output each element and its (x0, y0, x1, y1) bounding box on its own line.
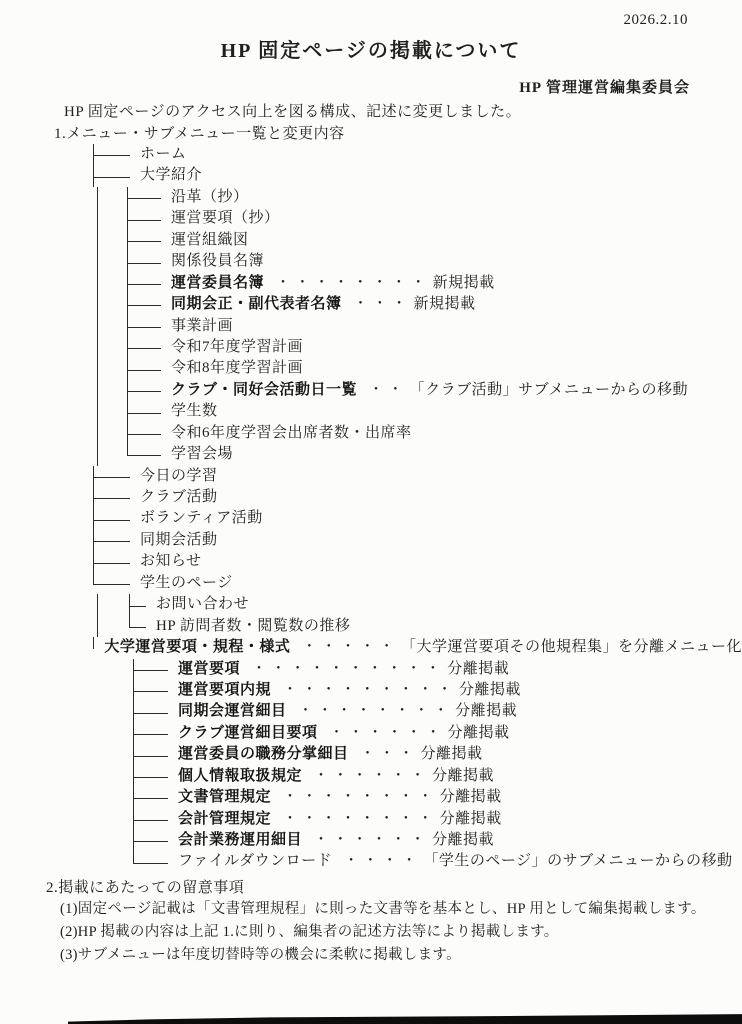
tree-guide-line (97, 294, 127, 315)
tree-item-label: クラブ運営細目要項 (173, 723, 318, 744)
leader-dots: ・・・ (342, 294, 412, 315)
tree-connector (129, 616, 151, 637)
leader-dots: ・・・・・・・・・ (271, 680, 457, 701)
tree-item: 運営組織図 (0, 230, 742, 251)
tree-connector (133, 680, 173, 701)
page-title: HP 固定ページの掲載について (0, 34, 742, 63)
tree-item-label: 運営要項内規 (173, 680, 271, 701)
menu-tree: ホーム大学紹介沿革（抄）運営要項（抄）運営組織図関係役員名簿運営委員名簿・・・・… (0, 144, 742, 873)
tree-guide-line (97, 316, 127, 337)
tree-connector (133, 766, 173, 787)
tree-item-label: 学生のページ (135, 573, 233, 594)
tree-item: HP 訪問者数・閲覧数の推移 (0, 616, 742, 637)
tree-item-label: 運営委員名簿 (166, 273, 264, 294)
tree-item-label: 大学紹介 (135, 165, 202, 186)
tree-item-note: 分離掲載 (438, 809, 502, 830)
note-line: (2)HP 掲載の内容は上記 1.に則り、編集者の記述方法等により掲載します。 (60, 921, 706, 944)
tree-item: クラブ活動 (0, 487, 742, 508)
tree-item: ボランティア活動 (0, 508, 742, 529)
tree-guide-line (97, 594, 129, 615)
tree-item-label: 個人情報取扱規定 (173, 766, 302, 787)
tree-item-label: お問い合わせ (151, 594, 249, 615)
tree-guide-line (97, 273, 127, 294)
tree-item-label: ホーム (135, 144, 187, 165)
tree-item-label: 令和7年度学習計画 (166, 337, 303, 358)
tree-guide-line (97, 380, 127, 401)
tree-connector (93, 508, 135, 529)
leader-dots: ・・・・・ (290, 637, 399, 658)
tree-connector (93, 573, 135, 594)
leader-dots: ・・・・・・・・ (271, 787, 438, 808)
tree-guide-line (97, 358, 127, 379)
tree-connector (133, 701, 173, 722)
tree-connector (93, 487, 135, 508)
tree-connector (93, 551, 135, 572)
tree-item-note: 分離掲載 (438, 787, 502, 808)
tree-item: 会計業務運用細目・・・・・・分離掲載 (0, 830, 742, 851)
tree-guide-line (97, 337, 127, 358)
intro-text: HP 固定ページのアクセス向上を図る構成、記述に変更しました。 (64, 100, 521, 121)
tree-item-label: 運営委員の職務分掌細目 (173, 744, 349, 765)
tree-item: 同期会運営細目・・・・・・・・分離掲載 (0, 701, 742, 722)
tree-item-label: 会計管理規定 (173, 809, 271, 830)
document-date: 2026.2.10 (624, 12, 689, 29)
tree-item: 関係役員名簿 (0, 251, 742, 272)
leader-dots: ・・・・・・ (302, 766, 430, 787)
leader-dots: ・・・・ (332, 851, 421, 872)
leader-dots: ・・・ (349, 744, 419, 765)
tree-item-label: HP 訪問者数・閲覧数の推移 (151, 616, 350, 637)
tree-guide-line (97, 423, 127, 444)
tree-connector (133, 830, 173, 851)
tree-item-label: 令和6年度学習会出席者数・出席率 (166, 423, 412, 444)
tree-connector (133, 851, 173, 872)
tree-connector (127, 294, 166, 315)
leader-dots: ・・・・・・・・ (264, 273, 431, 294)
tree-connector (127, 401, 166, 422)
tree-connector (133, 659, 173, 680)
tree-item-label: ファイルダウンロード (173, 851, 332, 872)
tree-item-label: クラブ・同好会活動日一覧 (166, 380, 357, 401)
section1-heading: 1.メニュー・サブメニュー一覧と変更内容 (54, 122, 345, 143)
tree-guide-line (97, 251, 127, 272)
tree-item-label: 会計業務運用細目 (173, 830, 302, 851)
tree-item: 運営要項内規・・・・・・・・・分離掲載 (0, 680, 742, 701)
leader-dots: ・・・・・・・・ (287, 701, 454, 722)
tree-guide-line (97, 187, 127, 208)
tree-connector (93, 144, 135, 165)
scanned-document-page: 2026.2.10 HP 固定ページの掲載について HP 管理運営編集委員会 H… (0, 0, 742, 1024)
tree-item-note: 新規掲載 (411, 294, 475, 315)
tree-item-label: 令和8年度学習計画 (166, 358, 303, 379)
tree-connector (93, 466, 135, 487)
tree-connector (133, 723, 173, 744)
tree-item-label: 文書管理規定 (173, 787, 271, 808)
tree-guide-line (97, 616, 129, 637)
tree-item-note: 分離掲載 (418, 744, 482, 765)
tree-item: 会計管理規定・・・・・・・・分離掲載 (0, 809, 742, 830)
section2-heading: 2.掲載にあたっての留意事項 (46, 876, 244, 897)
tree-item: 令和7年度学習計画 (0, 337, 742, 358)
tree-connector (127, 423, 166, 444)
tree-item-note: 新規掲載 (431, 273, 495, 294)
leader-dots: ・・・・・・・・・・ (240, 659, 445, 680)
tree-connector (93, 530, 135, 551)
tree-item-label: 運営要項（抄） (166, 208, 280, 229)
tree-item-label: 学生数 (166, 401, 218, 422)
tree-item: 個人情報取扱規定・・・・・・分離掲載 (0, 766, 742, 787)
tree-item-label: お知らせ (135, 551, 202, 572)
tree-connector (133, 744, 173, 765)
tree-item-label: 今日の学習 (135, 466, 218, 487)
tree-item-note: 分離掲載 (445, 723, 509, 744)
tree-item-label: 同期会正・副代表者名簿 (166, 294, 342, 315)
tree-item-label: 同期会運営細目 (173, 701, 287, 722)
tree-item-note: 「学生のページ」のサブメニューからの移動 (421, 851, 732, 872)
tree-item-note: 「大学運営要項その他規程集」を分離メニュー化 (399, 637, 742, 658)
tree-connector (93, 637, 99, 658)
tree-item-label: 事業計画 (166, 316, 233, 337)
tree-item: 運営要項（抄） (0, 208, 742, 229)
tree-connector (127, 358, 166, 379)
tree-item-label: 関係役員名簿 (166, 251, 264, 272)
tree-guide-line (97, 208, 127, 229)
tree-item: 学習会場 (0, 444, 742, 465)
tree-item-label: 同期会活動 (135, 530, 218, 551)
leader-dots: ・・・・・・ (318, 723, 446, 744)
tree-connector (127, 187, 166, 208)
note-line: (3)サブメニューは年度切替時等の機会に柔軟に掲載します。 (60, 944, 706, 967)
tree-item: 令和6年度学習会出席者数・出席率 (0, 423, 742, 444)
tree-item-label: 運営組織図 (166, 230, 249, 251)
scanner-edge-artifact (68, 1013, 742, 1024)
tree-item-label: 運営要項 (173, 659, 240, 680)
tree-item: お問い合わせ (0, 594, 742, 615)
tree-connector (127, 380, 166, 401)
tree-item-note: 分離掲載 (430, 830, 494, 851)
tree-item-note: 分離掲載 (457, 680, 521, 701)
tree-item: 文書管理規定・・・・・・・・分離掲載 (0, 787, 742, 808)
tree-item-note: 分離掲載 (430, 766, 494, 787)
tree-item: 大学運営要項・規程・様式・・・・・「大学運営要項その他規程集」を分離メニュー化 (0, 637, 742, 658)
tree-connector (127, 316, 166, 337)
tree-item-label: クラブ活動 (135, 487, 218, 508)
tree-connector (133, 787, 173, 808)
tree-item: 運営委員の職務分掌細目・・・分離掲載 (0, 744, 742, 765)
author-committee: HP 管理運営編集委員会 (519, 76, 690, 97)
tree-item: お知らせ (0, 551, 742, 572)
section2-notes: (1)固定ページ記載は「文書管理規程」に則った文書等を基本とし、HP 用として編… (60, 898, 706, 968)
tree-item: 令和8年度学習計画 (0, 358, 742, 379)
tree-item: クラブ運営細目要項・・・・・・分離掲載 (0, 723, 742, 744)
tree-item: ホーム (0, 144, 742, 165)
tree-item: 事業計画 (0, 316, 742, 337)
tree-connector (127, 251, 166, 272)
tree-item-label: 沿革（抄） (166, 187, 249, 208)
tree-connector (127, 230, 166, 251)
tree-item-note: 分離掲載 (453, 701, 517, 722)
tree-item: ファイルダウンロード・・・・「学生のページ」のサブメニューからの移動 (0, 851, 742, 872)
tree-item-note: 「クラブ活動」サブメニューからの移動 (408, 380, 688, 401)
tree-item: 大学紹介 (0, 165, 742, 186)
note-line: (1)固定ページ記載は「文書管理規程」に則った文書等を基本とし、HP 用として編… (60, 898, 706, 921)
tree-connector (127, 208, 166, 229)
leader-dots: ・・・・・・ (302, 830, 430, 851)
leader-dots: ・・ (357, 380, 408, 401)
tree-item: 同期会正・副代表者名簿・・・新規掲載 (0, 294, 742, 315)
tree-guide-line (97, 401, 127, 422)
tree-item: 今日の学習 (0, 466, 742, 487)
tree-item: 運営要項・・・・・・・・・・分離掲載 (0, 659, 742, 680)
tree-item-label: 大学運営要項・規程・様式 (99, 637, 290, 658)
tree-connector (127, 444, 166, 465)
tree-item: 運営委員名簿・・・・・・・・新規掲載 (0, 273, 742, 294)
tree-item: 沿革（抄） (0, 187, 742, 208)
tree-guide-line (97, 230, 127, 251)
tree-connector (127, 273, 166, 294)
tree-item-note: 分離掲載 (445, 659, 509, 680)
tree-item-label: 学習会場 (166, 444, 233, 465)
tree-item: 学生数 (0, 401, 742, 422)
tree-item: 学生のページ (0, 573, 742, 594)
tree-item-label: ボランティア活動 (135, 508, 263, 529)
tree-item: 同期会活動 (0, 530, 742, 551)
tree-item: クラブ・同好会活動日一覧・・「クラブ活動」サブメニューからの移動 (0, 380, 742, 401)
tree-connector (127, 337, 166, 358)
tree-connector (129, 594, 151, 615)
tree-connector (93, 165, 135, 186)
tree-guide-line (97, 444, 127, 465)
tree-connector (133, 809, 173, 830)
leader-dots: ・・・・・・・・ (271, 809, 438, 830)
